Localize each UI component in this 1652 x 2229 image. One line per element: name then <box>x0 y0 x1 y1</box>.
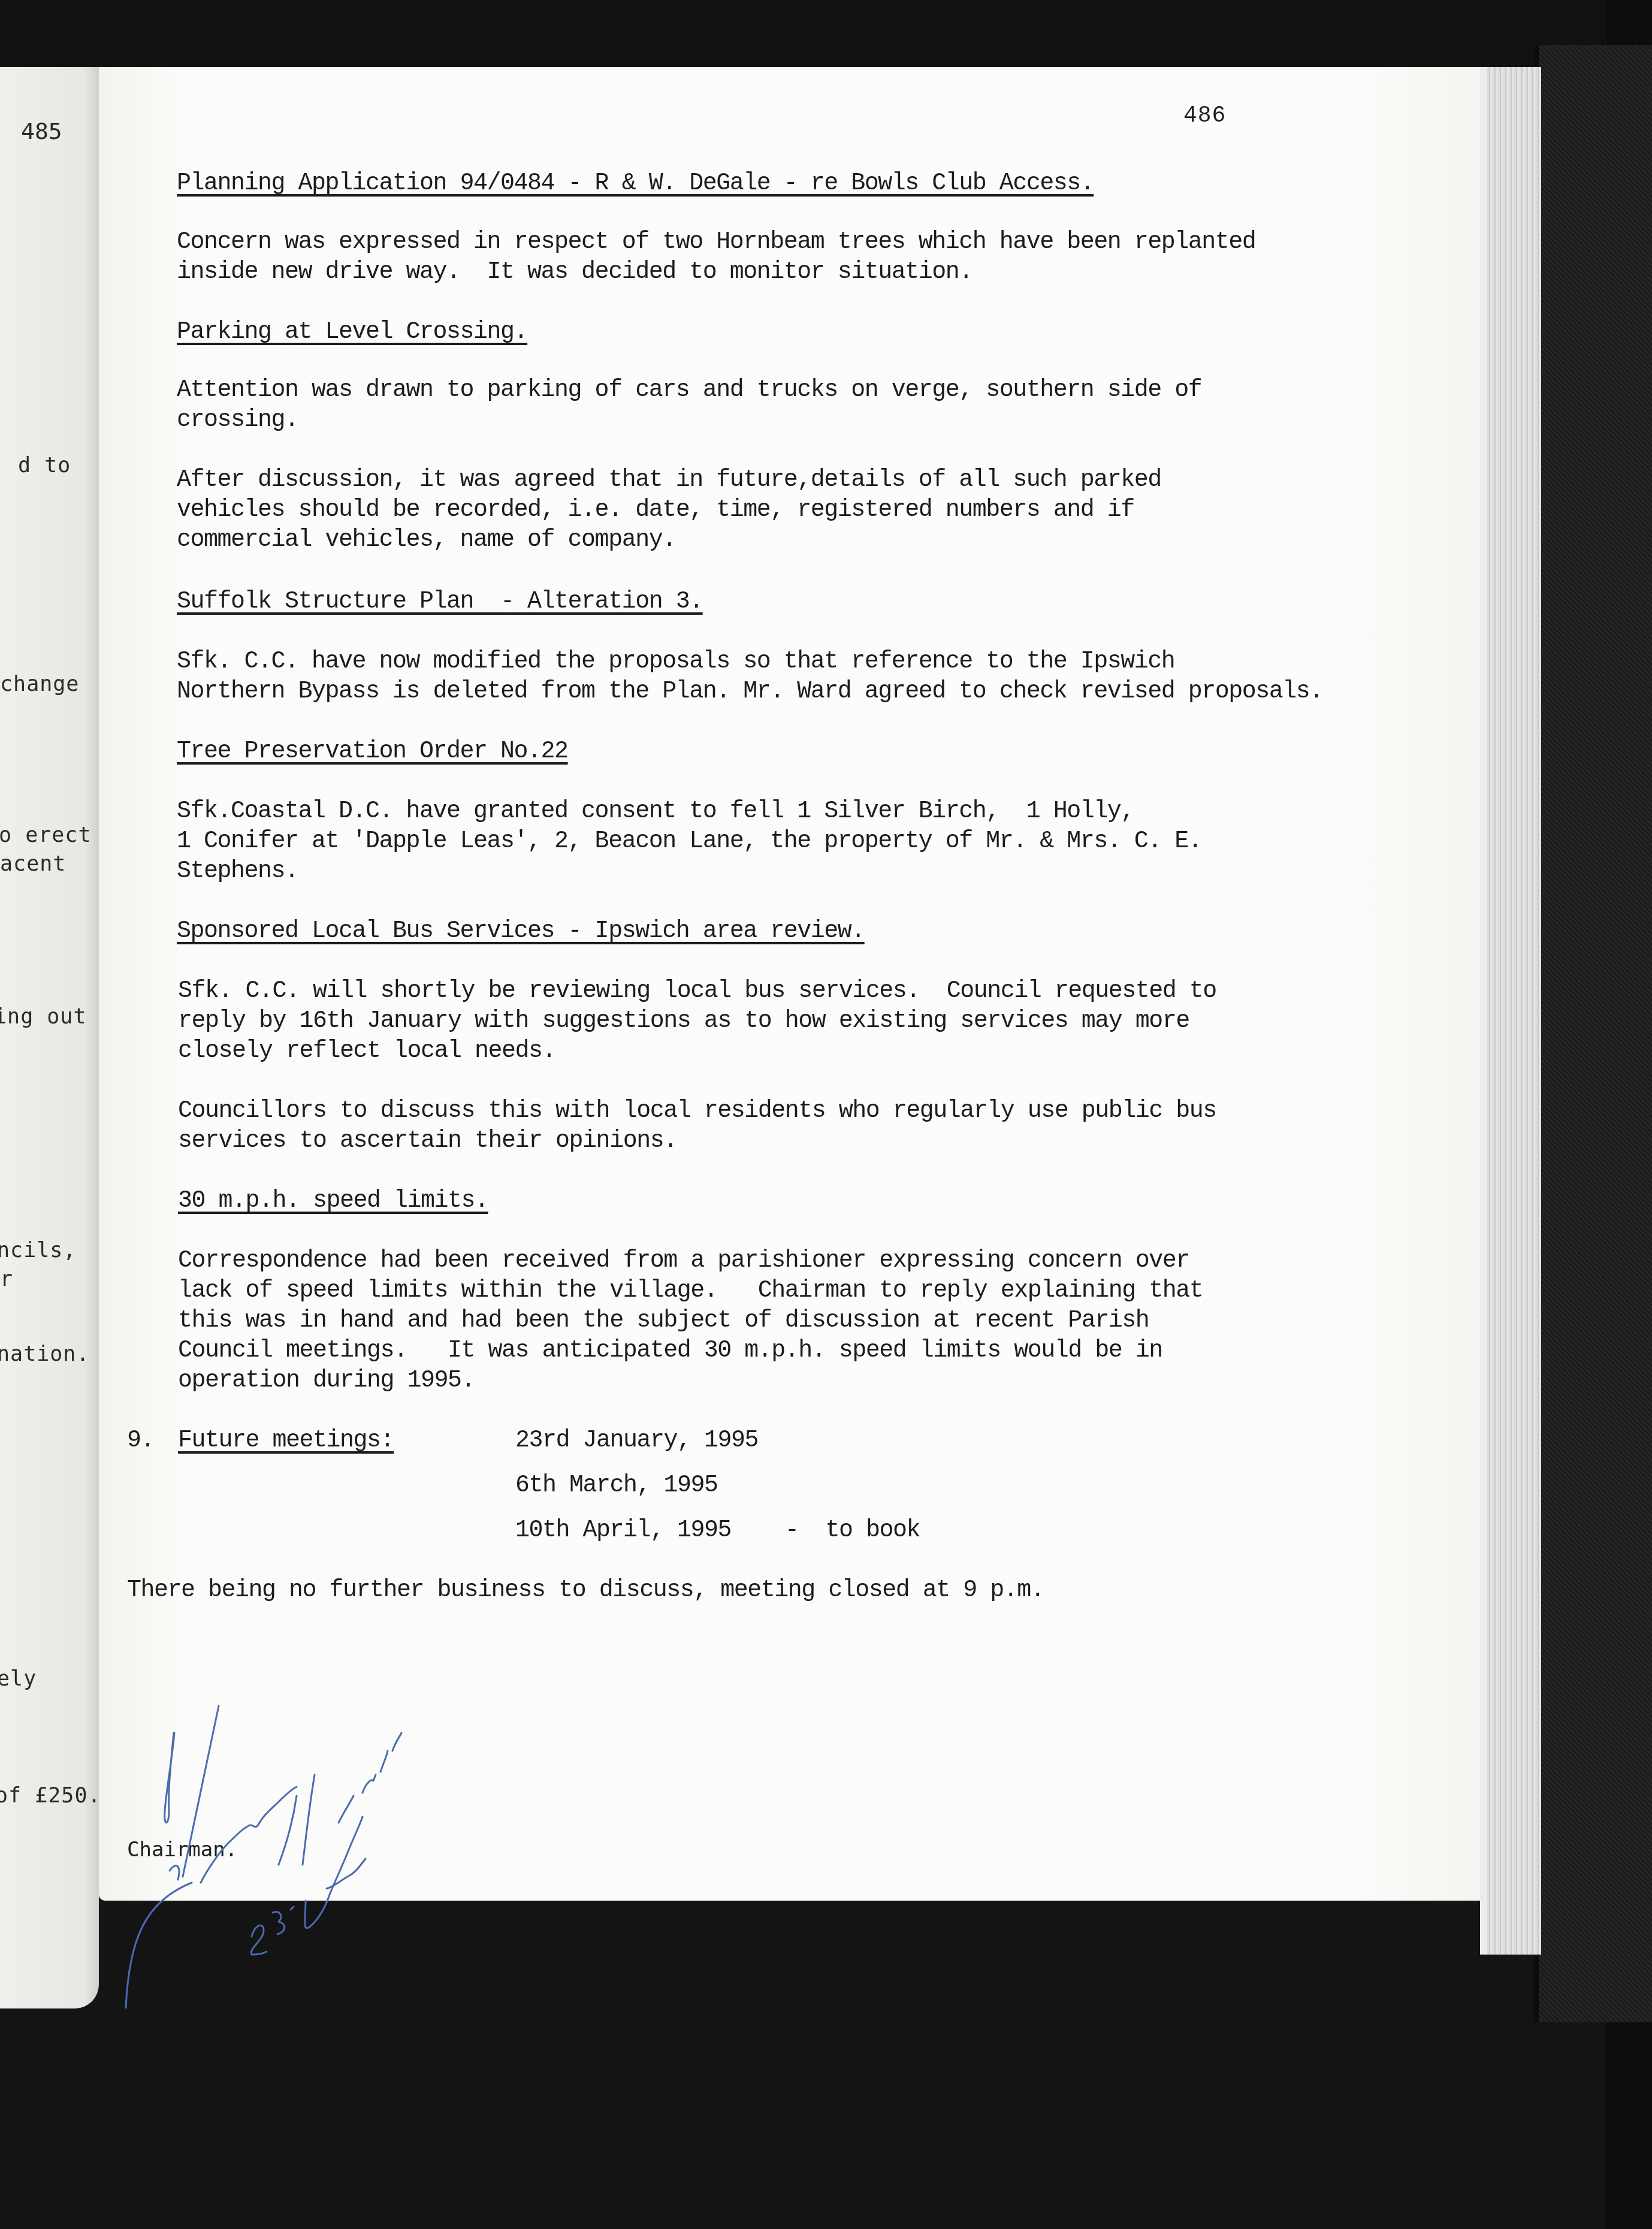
section-paragraph: Sfk.Coastal D.C. have granted consent to… <box>177 797 1201 887</box>
section-heading-parking: Parking at Level Crossing. <box>177 318 527 348</box>
item-number: 9. <box>127 1426 154 1456</box>
margin-fragment: ing out <box>0 1005 87 1029</box>
page-edges <box>1480 67 1541 1955</box>
margin-fragment: d to <box>18 454 71 478</box>
section-heading-bus-services: Sponsored Local Bus Services - Ipswich a… <box>177 917 865 947</box>
margin-fragment: ely <box>0 1667 37 1691</box>
margin-fragment: r <box>0 1267 13 1291</box>
section-paragraph: Sfk. C.C. will shortly be reviewing loca… <box>178 977 1216 1067</box>
chairman-label: Chairman. <box>127 1835 237 1865</box>
section-paragraph: Correspondence had been received from a … <box>178 1246 1203 1396</box>
previous-page: 485 d to change o erect acent ing out nc… <box>0 67 99 2008</box>
future-meetings-heading: Future meetings: <box>178 1426 394 1456</box>
meeting-date: 6th March, 1995 <box>515 1471 718 1501</box>
section-paragraph: Attention was drawn to parking of cars a… <box>177 376 1201 436</box>
closing-statement: There being no further business to discu… <box>127 1576 1044 1606</box>
section-paragraph: Concern was expressed in respect of two … <box>177 228 1255 288</box>
meeting-date: 10th April, 1995 - to book <box>515 1516 920 1546</box>
section-heading-structure-plan: Suffolk Structure Plan - Alteration 3. <box>177 587 703 617</box>
margin-fragment: acent <box>0 852 66 876</box>
book-cover-right <box>1534 45 1652 2022</box>
margin-fragment: nation. <box>0 1342 90 1366</box>
section-paragraph: After discussion, it was agreed that in … <box>177 466 1161 555</box>
section-heading-speed-limits: 30 m.p.h. speed limits. <box>178 1186 488 1216</box>
margin-fragment: o erect <box>0 823 92 847</box>
margin-fragment: of £250. <box>0 1784 99 1808</box>
section-heading-planning-application: Planning Application 94/0484 - R & W. De… <box>177 169 1094 199</box>
book-cover-top <box>0 0 1652 66</box>
section-heading-tree-preservation: Tree Preservation Order No.22 <box>177 737 568 767</box>
margin-fragment: change <box>0 672 79 696</box>
section-paragraph: Sfk. C.C. have now modified the proposal… <box>177 647 1323 707</box>
minutes-page: 486 Planning Application 94/0484 - R & W… <box>99 67 1480 1901</box>
meeting-date: 23rd January, 1995 <box>515 1426 758 1456</box>
page-number: 486 <box>1183 103 1226 129</box>
previous-page-number: 485 <box>21 118 62 144</box>
margin-fragment: ncils, <box>0 1239 76 1263</box>
section-paragraph: Councillors to discuss this with local r… <box>178 1097 1216 1156</box>
